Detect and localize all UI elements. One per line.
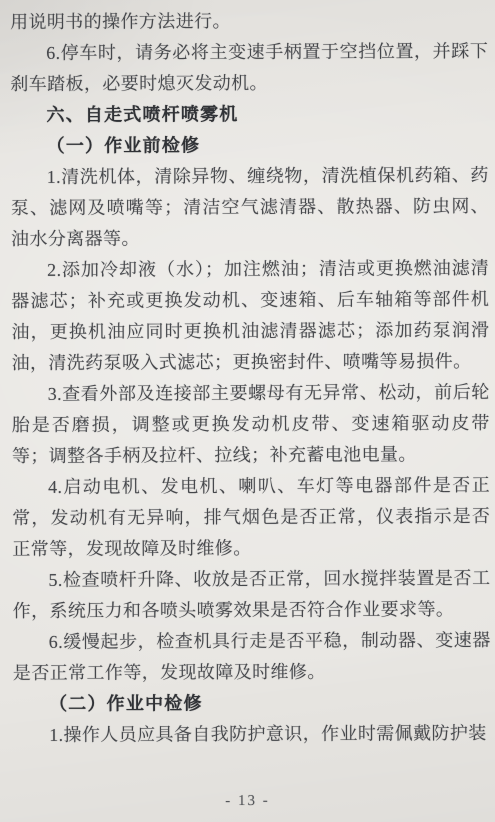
scanned-document-page: 用说明书的操作方法进行。 6.停车时，请务必将主变速手柄置于空挡位置，并踩下刹车… bbox=[0, 0, 495, 822]
paragraph-item-6-slow-start-check: 6.缓慢起步，检查机具行走是否平稳，制动器、变速器是否正常工作等，发现故障及时维… bbox=[13, 625, 491, 689]
document-text-block: 用说明书的操作方法进行。 6.停车时，请务必将主变速手柄置于空挡位置，并踩下刹车… bbox=[10, 5, 491, 751]
paragraph-manual-operation-continuation: 用说明书的操作方法进行。 bbox=[10, 5, 488, 38]
subsection-heading-pre-operation-inspection: （一）作业前检修 bbox=[11, 129, 489, 162]
paragraph-item-3-bolts-belts: 3.查看外部及连接部主要螺母有无异常、松动，前后轮胎是否磨损，调整或更换发动机皮… bbox=[12, 377, 490, 472]
paragraph-item-2-fluids-filters: 2.添加冷却液（水）；加注燃油；清洁或更换燃油滤清器滤芯；补充或更换发动机、变速… bbox=[11, 253, 490, 379]
paragraph-item-5-boom-spray-check: 5.检查喷杆升降、收放是否正常，回水搅拌装置是否工作，系统压力和各喷头喷雾效果是… bbox=[12, 563, 490, 627]
subsection-heading-in-operation-inspection: （二）作业中检修 bbox=[13, 687, 491, 720]
paragraph-item-1-cleaning: 1.清洗机体，清除异物、缠绕物，清洗植保机药箱、药泵、滤网及喷嘴等；清洁空气滤清… bbox=[11, 160, 489, 255]
page-number: - 13 - bbox=[0, 791, 495, 811]
section-heading-self-propelled-boom-sprayer: 六、自走式喷杆喷雾机 bbox=[10, 98, 488, 131]
paragraph-item-1-operator-protection: 1.操作人员应具备自我防护意识，作业时需佩戴防护装 bbox=[13, 718, 491, 751]
paragraph-item-6-parking: 6.停车时，请务必将主变速手柄置于空挡位置，并踩下刹车踏板，必要时熄灭发动机。 bbox=[10, 36, 488, 100]
paragraph-item-4-electrical-check: 4.启动电机、发电机、喇叭、车灯等电器部件是否正常，发动机有无异响，排气烟色是否… bbox=[12, 470, 490, 565]
